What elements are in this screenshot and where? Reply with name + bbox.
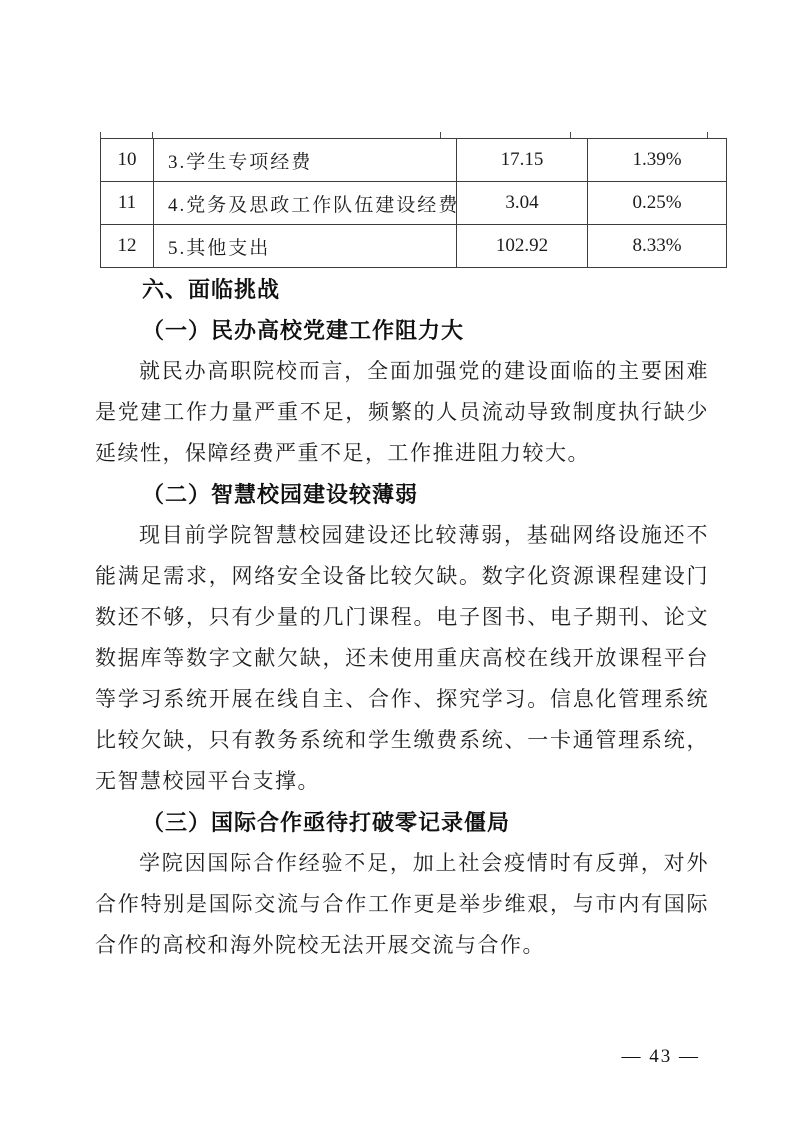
- expense-item-cell: 3.学生专项经费: [154, 139, 457, 182]
- paragraph-smart-campus: 现目前学院智慧校园建设还比较薄弱，基础网络设施还不能满足需求，网络安全设备比较欠…: [95, 515, 709, 802]
- percent-cell: 0.25%: [588, 182, 727, 225]
- subsection-heading-international-cooperation: （三）国际合作亟待打破零记录僵局: [95, 802, 709, 843]
- row-number-cell: 12: [101, 225, 154, 268]
- subsection-heading-smart-campus: （二）智慧校园建设较薄弱: [95, 474, 709, 515]
- amount-cell: 3.04: [457, 182, 588, 225]
- percent-cell: 8.33%: [588, 225, 727, 268]
- percent-cell: 1.39%: [588, 139, 727, 182]
- row-number-cell: 10: [101, 139, 154, 182]
- expense-item-cell: 5.其他支出: [154, 225, 457, 268]
- paragraph-party-building: 就民办高职院校而言，全面加强党的建设面临的主要困难是党建工作力量严重不足，频繁的…: [95, 351, 709, 474]
- amount-cell: 17.15: [457, 139, 588, 182]
- document-page: 10 3.学生专项经费 17.15 1.39% 11 4.党务及思政工作队伍建设…: [0, 0, 800, 1131]
- page-number: — 43 —: [622, 1046, 701, 1068]
- table-row: 10 3.学生专项经费 17.15 1.39%: [101, 139, 727, 182]
- subsection-heading-party-building: （一）民办高校党建工作阻力大: [95, 310, 709, 351]
- section-heading-challenges: 六、面临挑战: [95, 270, 709, 310]
- table-row: 12 5.其他支出 102.92 8.33%: [101, 225, 727, 268]
- row-number-cell: 11: [101, 182, 154, 225]
- budget-table: 10 3.学生专项经费 17.15 1.39% 11 4.党务及思政工作队伍建设…: [100, 138, 727, 268]
- expense-item-cell: 4.党务及思政工作队伍建设经费: [154, 182, 457, 225]
- table-row: 11 4.党务及思政工作队伍建设经费 3.04 0.25%: [101, 182, 727, 225]
- amount-cell: 102.92: [457, 225, 588, 268]
- paragraph-international-cooperation: 学院因国际合作经验不足，加上社会疫情时有反弹，对外合作特别是国际交流与合作工作更…: [95, 843, 709, 966]
- document-body: 六、面临挑战 （一）民办高校党建工作阻力大 就民办高职院校而言，全面加强党的建设…: [95, 270, 709, 966]
